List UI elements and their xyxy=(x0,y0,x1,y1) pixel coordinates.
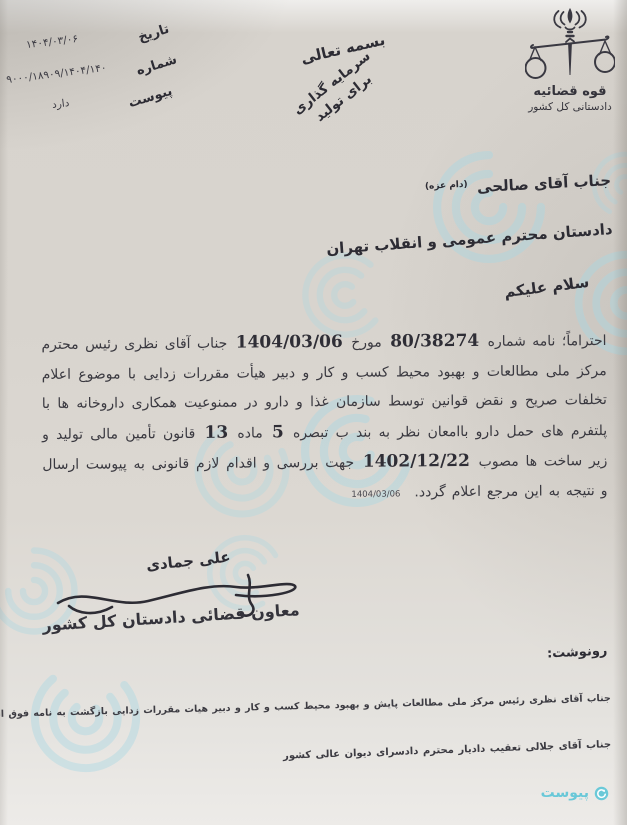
recipient-title-line: دادستان محترم عمومی و انقلاب تهران xyxy=(326,220,613,258)
number-label: شماره xyxy=(135,52,179,78)
paper-edge-shadow xyxy=(0,0,8,825)
paper-edge-shadow xyxy=(613,0,627,825)
body-number: 13 xyxy=(202,422,230,442)
body-number: 5 xyxy=(270,422,286,442)
org-name: قوه قضائیه xyxy=(522,84,618,99)
body-text: ماده xyxy=(230,425,270,441)
scanned-letter-page: { "meta": { "date_label": "تاریخ", "date… xyxy=(0,0,627,825)
body-text: مورخ xyxy=(345,335,389,351)
date-label: تاریخ xyxy=(136,22,171,46)
scales-of-justice-icon xyxy=(525,6,615,82)
attachment-label: پیوست xyxy=(127,84,174,111)
body-number: 1404/03/06 xyxy=(234,332,345,353)
peyvast-brand-name: پیوست xyxy=(541,785,589,801)
cc-item: جناب آقای جلالی تعقیب دادیار محترم دادسر… xyxy=(283,739,611,761)
date-value: ۱۴۰۴/۰۳/۰۶ xyxy=(25,33,78,51)
peyvast-circle-arrow-icon xyxy=(594,786,609,801)
body-text: احتراماً؛ نامه شماره xyxy=(481,333,606,350)
recipient-honorific-note: (دام عزه) xyxy=(425,180,468,192)
body-number: 1402/12/22 xyxy=(361,451,472,472)
date-stamp: 1404/03/06 xyxy=(351,489,400,499)
judiciary-emblem: قوه قضائیه دادستانی کل کشور xyxy=(522,6,618,113)
letter-paper: تاریخ ۱۴۰۴/۰۳/۰۶ شماره ۹۰۰۰/۱۸۹۰۹/۱۴۰۴/۱… xyxy=(0,0,627,825)
body-paragraph: احتراماً؛ نامه شماره 80/38274 مورخ 1404/… xyxy=(41,326,607,512)
signer-name: علی جمادی xyxy=(145,548,231,575)
recipient-name-line: جناب آقای صالحی (دام عزه) xyxy=(425,171,612,199)
number-value: ۹۰۰۰/۱۸۹۰۹/۱۴۰۴/۱۴۰ xyxy=(6,62,108,86)
salutation: سلام علیکم xyxy=(503,273,590,301)
attachment-value: دارد xyxy=(51,97,70,111)
org-subtitle: دادستانی کل کشور xyxy=(522,101,618,113)
recipient-name: جناب آقای صالحی xyxy=(476,171,611,196)
cc-item: جناب آقای نظری رئیس مرکز ملی مطالعات پای… xyxy=(0,693,611,722)
peyvast-brand-logo: پیوست xyxy=(541,785,609,801)
cc-label: رونوشت: xyxy=(546,643,607,661)
body-number: 80/38274 xyxy=(388,331,481,352)
